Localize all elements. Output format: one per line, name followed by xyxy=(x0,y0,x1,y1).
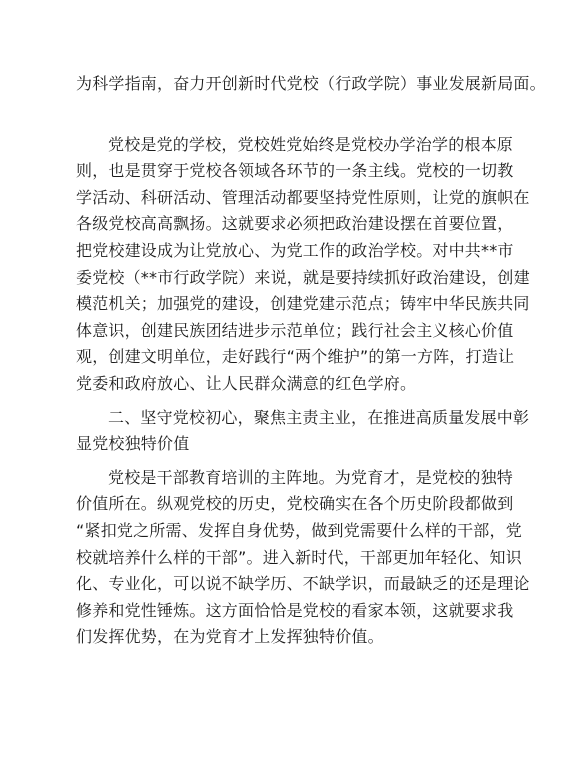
text-line: 化、专业化，可以说不缺学历、不缺学识，而最缺乏的还是理论 xyxy=(76,571,506,598)
text-line: 体意识，创建民族团结进步示范单位；践行社会主义核心价值 xyxy=(76,318,506,345)
text-line: “紧扣党之所需、发挥自身优势，做到党需要什么样的干部，党 xyxy=(76,518,506,545)
heading-line: 显党校独特价值 xyxy=(76,431,506,458)
paragraph-cadre-education: 党校是干部教育培训的主阵地。为党育才，是党校的独特 价值所在。纵观党校的历史，党… xyxy=(76,465,506,651)
text-line: 委党校（**市行政学院）来说，就是要持续抓好政治建设，创建 xyxy=(76,265,506,292)
heading-line: 二、坚守党校初心，聚焦主责主业，在推进高质量发展中彰 xyxy=(76,405,506,432)
text-line: 模范机关；加强党的建设，创建党建示范点；铸牢中华民族共同 xyxy=(76,291,506,318)
text-line: 们发挥优势，在为党育才上发挥独特价值。 xyxy=(76,624,506,651)
text-line: 党校是党的学校，党校姓党始终是党校办学治学的根本原 xyxy=(76,132,506,159)
text-line: 观，创建文明单位，走好践行“两个维护”的第一方阵，打造让 xyxy=(76,344,506,371)
text-line: 党委和政府放心、让人民群众满意的红色学府。 xyxy=(76,371,506,398)
text-line: 修养和党性锤炼。这方面恰恰是党校的看家本领，这就要求我 xyxy=(76,598,506,625)
text-line: 党校是干部教育培训的主阵地。为党育才，是党校的独特 xyxy=(76,465,506,492)
text-line: 把党校建设成为让党放心、为党工作的政治学校。对中共**市 xyxy=(76,238,506,265)
document-page: 为科学指南，奋力开创新时代党校（行政学院）事业发展新局面。 党校是党的学校，党校… xyxy=(0,0,586,759)
text-line: 学活动、科研活动、管理活动都要坚持党性原则，让党的旗帜在 xyxy=(76,185,506,212)
text-line: 价值所在。纵观党校的历史，党校确实在各个历史阶段都做到 xyxy=(76,491,506,518)
text-line: 各级党校高高飘扬。这就要求必须把政治建设摆在首要位置， xyxy=(76,211,506,238)
document-content: 为科学指南，奋力开创新时代党校（行政学院）事业发展新局面。 党校是党的学校，党校… xyxy=(0,0,586,651)
section-heading-2: 二、坚守党校初心，聚焦主责主业，在推进高质量发展中彰 显党校独特价值 xyxy=(76,405,506,458)
text-line: 则，也是贯穿于党校各领域各环节的一条主线。党校的一切教 xyxy=(76,158,506,185)
text-line: 为科学指南，奋力开创新时代党校（行政学院）事业发展新局面。 xyxy=(76,71,506,98)
paragraph-party-school-principle: 党校是党的学校，党校姓党始终是党校办学治学的根本原 则，也是贯穿于党校各领域各环… xyxy=(76,132,506,398)
paragraph-closing-continuation: 为科学指南，奋力开创新时代党校（行政学院）事业发展新局面。 xyxy=(76,71,506,98)
text-line: 校就培养什么样的干部”。进入新时代，干部更加年轻化、知识 xyxy=(76,545,506,572)
